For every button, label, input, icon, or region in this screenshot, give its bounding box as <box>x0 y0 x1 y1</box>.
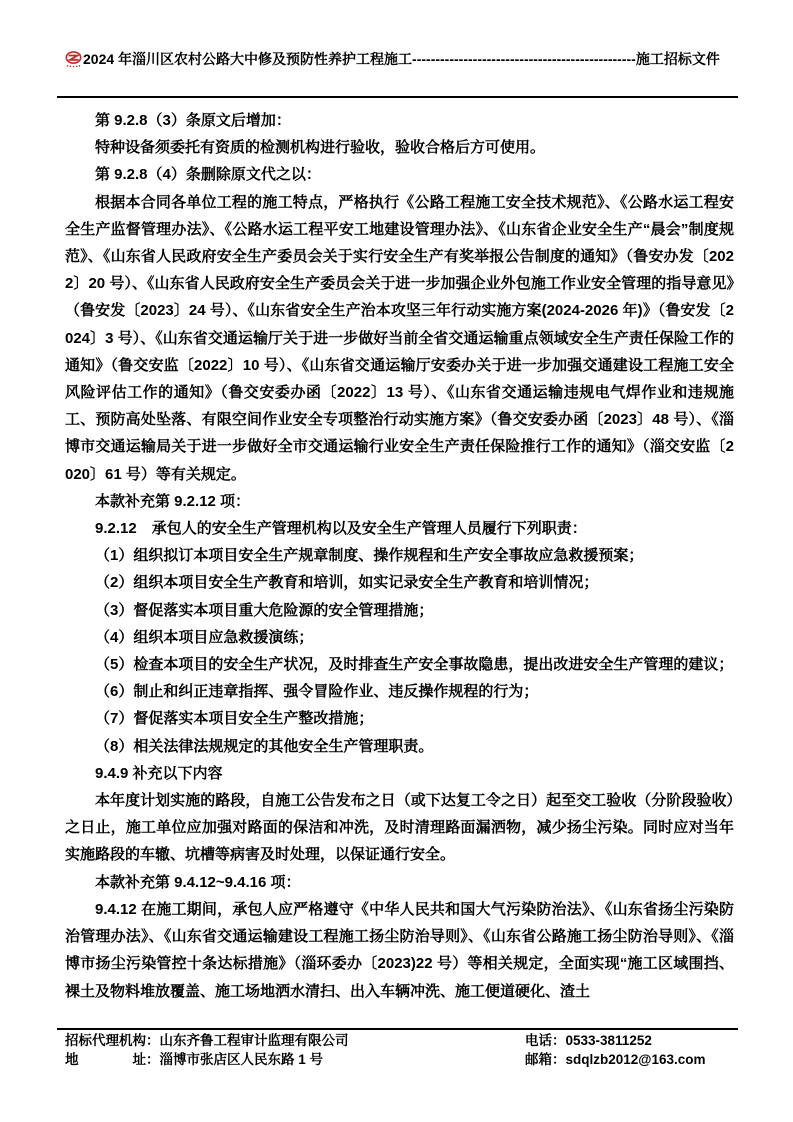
page-footer: 招标代理机构：山东齐鲁工程审计监理有限公司 地 址：淄博市张店区人民东路 1 号… <box>65 1031 738 1073</box>
page-header: 2024 年淄川区农村公路大中修及预防性养护工程施工--------------… <box>65 48 736 70</box>
company-logo-icon <box>65 51 82 68</box>
paragraph: （4）组织本项目应急救援演练； <box>65 624 734 651</box>
document-page: 2024 年淄川区农村公路大中修及预防性养护工程施工--------------… <box>0 0 793 1122</box>
header-dash-leader: ----------------------------------------… <box>412 51 636 67</box>
email-label: 邮箱： <box>525 1052 566 1067</box>
footer-contact-block: 电话：0533-3811252 邮箱：sdqlzb2012@163.com <box>525 1031 705 1069</box>
footer-agency-block: 招标代理机构：山东齐鲁工程审计监理有限公司 地 址：淄博市张店区人民东路 1 号 <box>65 1031 349 1069</box>
paragraph: 根据本合同各单位工程的施工特点，严格执行《公路工程施工安全技术规范》、《公路水运… <box>65 189 734 488</box>
paragraph: 本款补充第 9.2.12 项： <box>65 488 734 515</box>
paragraph: 本款补充第 9.4.12~9.4.16 项： <box>65 869 734 896</box>
paragraph: （2）组织本项目安全生产教育和培训，如实记录安全生产教育和培训情况； <box>65 569 734 596</box>
header-divider <box>57 96 738 98</box>
phone-value: 0533-3811252 <box>566 1033 652 1048</box>
paragraph: （5）检查本项目的安全生产状况，及时排查生产安全事故隐患，提出改进安全生产管理的… <box>65 651 734 678</box>
agency-line: 招标代理机构：山东齐鲁工程审计监理有限公司 <box>65 1031 349 1050</box>
paragraph: （8）相关法律法规规定的其他安全生产管理职责。 <box>65 733 734 760</box>
paragraph: （3）督促落实本项目重大危险源的安全管理措施； <box>65 597 734 624</box>
paragraph: （6）制止和纠正违章指挥、强令冒险作业、违反操作规程的行为； <box>65 678 734 705</box>
paragraph: 第 9.2.8（4）条删除原文代之以： <box>65 161 734 188</box>
footer-divider <box>57 1028 738 1030</box>
paragraph: 特种设备须委托有资质的检测机构进行验收，验收合格后方可使用。 <box>65 134 734 161</box>
email-value: sdqlzb2012@163.com <box>566 1052 706 1067</box>
agency-value: 山东齐鲁工程审计监理有限公司 <box>160 1033 349 1048</box>
agency-label: 招标代理机构： <box>65 1033 160 1048</box>
paragraph: 第 9.2.8（3）条原文后增加： <box>65 107 734 134</box>
paragraph: 9.2.12 承包人的安全生产管理机构以及安全生产管理人员履行下列职责： <box>65 515 734 542</box>
paragraph: 本年度计划实施的路段，自施工公告发布之日（或下达复工令之日）起至交工验收（分阶段… <box>65 787 734 869</box>
header-title: 2024 年淄川区农村公路大中修及预防性养护工程施工 <box>83 51 412 67</box>
paragraph: （7）督促落实本项目安全生产整改措施； <box>65 705 734 732</box>
document-body: 第 9.2.8（3）条原文后增加：特种设备须委托有资质的检测机构进行验收，验收合… <box>65 107 734 1005</box>
paragraph: 9.4.12 在施工期间，承包人应严格遵守《中华人民共和国大气污染防治法》、《山… <box>65 896 734 1005</box>
address-line: 地 址：淄博市张店区人民东路 1 号 <box>65 1050 349 1069</box>
address-value: 淄博市张店区人民东路 1 号 <box>160 1052 324 1067</box>
paragraph: 9.4.9 补充以下内容 <box>65 760 734 787</box>
email-line: 邮箱：sdqlzb2012@163.com <box>525 1050 705 1069</box>
header-title-suffix: 施工招标文件 <box>636 51 720 67</box>
phone-label: 电话： <box>525 1033 566 1048</box>
phone-line: 电话：0533-3811252 <box>525 1031 705 1050</box>
address-label: 地 址： <box>65 1052 160 1067</box>
paragraph: （1）组织拟订本项目安全生产规章制度、操作规程和生产安全事故应急救援预案； <box>65 542 734 569</box>
